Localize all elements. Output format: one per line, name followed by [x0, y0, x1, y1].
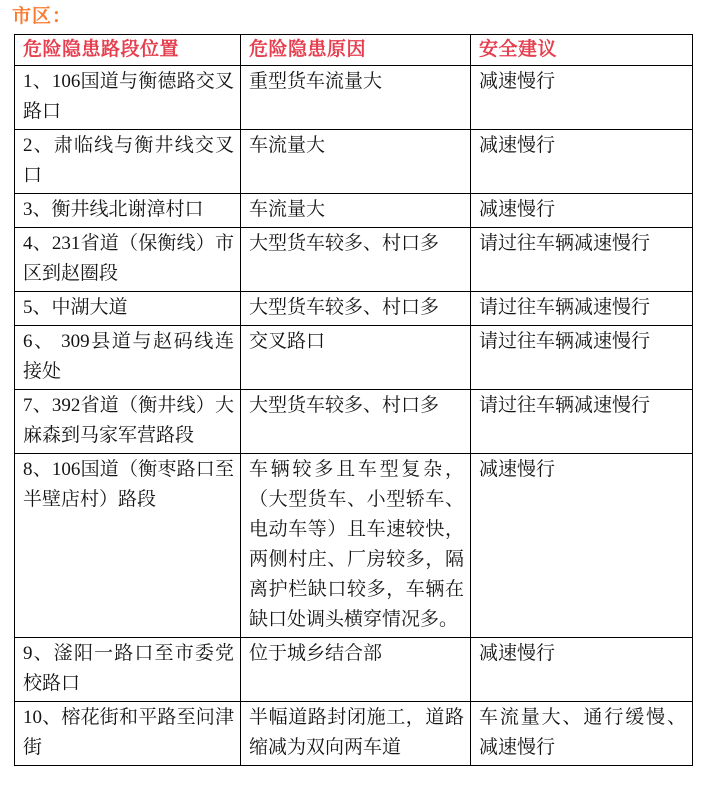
- table-row: 1、106国道与衡德路交叉路口 重型货车流量大 减速慢行: [15, 66, 693, 130]
- page: 市区： 危险隐患路段位置 危险隐患原因 安全建议 1、106国道与衡德路交叉路口…: [0, 0, 708, 802]
- table-row: 10、榕花街和平路至问津街 半幅道路封闭施工，道路缩减为双向两车道 车流量大、通…: [15, 702, 693, 766]
- cell-reason: 车流量大: [241, 194, 471, 228]
- table-row: 2、肃临线与衡井线交叉口 车流量大 减速慢行: [15, 130, 693, 194]
- cell-advice: 车流量大、通行缓慢、减速慢行: [471, 702, 693, 766]
- page-title: 市区：: [12, 6, 708, 28]
- column-header-advice: 安全建议: [471, 35, 693, 66]
- table-row: 4、231省道（保衡线）市区到赵圈段 大型货车较多、村口多 请过往车辆减速慢行: [15, 228, 693, 292]
- cell-location: 10、榕花街和平路至问津街: [15, 702, 241, 766]
- hazard-road-table: 危险隐患路段位置 危险隐患原因 安全建议 1、106国道与衡德路交叉路口 重型货…: [14, 34, 693, 766]
- table-row: 9、滏阳一路口至市委党校路口 位于城乡结合部 减速慢行: [15, 638, 693, 702]
- cell-advice: 减速慢行: [471, 638, 693, 702]
- cell-advice: 请过往车辆减速慢行: [471, 390, 693, 454]
- cell-location: 2、肃临线与衡井线交叉口: [15, 130, 241, 194]
- column-header-location: 危险隐患路段位置: [15, 35, 241, 66]
- cell-reason: 交叉路口: [241, 326, 471, 390]
- cell-reason: 半幅道路封闭施工，道路缩减为双向两车道: [241, 702, 471, 766]
- cell-advice: 减速慢行: [471, 194, 693, 228]
- cell-location: 7、392省道（衡井线）大麻森到马家军营路段: [15, 390, 241, 454]
- table-row: 3、衡井线北谢漳村口 车流量大 减速慢行: [15, 194, 693, 228]
- cell-location: 4、231省道（保衡线）市区到赵圈段: [15, 228, 241, 292]
- cell-reason: 重型货车流量大: [241, 66, 471, 130]
- cell-location: 5、中湖大道: [15, 292, 241, 326]
- cell-reason: 位于城乡结合部: [241, 638, 471, 702]
- header-row: 危险隐患路段位置 危险隐患原因 安全建议: [15, 35, 693, 66]
- table-row: 5、中湖大道 大型货车较多、村口多 请过往车辆减速慢行: [15, 292, 693, 326]
- cell-advice: 请过往车辆减速慢行: [471, 292, 693, 326]
- cell-reason: 大型货车较多、村口多: [241, 228, 471, 292]
- cell-reason: 大型货车较多、村口多: [241, 292, 471, 326]
- table-row: 7、392省道（衡井线）大麻森到马家军营路段 大型货车较多、村口多 请过往车辆减…: [15, 390, 693, 454]
- cell-location: 8、106国道（衡枣路口至半壁店村）路段: [15, 454, 241, 638]
- cell-location: 9、滏阳一路口至市委党校路口: [15, 638, 241, 702]
- cell-advice: 减速慢行: [471, 130, 693, 194]
- cell-location: 3、衡井线北谢漳村口: [15, 194, 241, 228]
- table-row: 6、 309县道与赵码线连接处 交叉路口 请过往车辆减速慢行: [15, 326, 693, 390]
- cell-advice: 请过往车辆减速慢行: [471, 228, 693, 292]
- cell-advice: 减速慢行: [471, 454, 693, 638]
- column-header-reason: 危险隐患原因: [241, 35, 471, 66]
- cell-reason: 车流量大: [241, 130, 471, 194]
- cell-reason: 车辆较多且车型复杂，（大型货车、小型轿车、电动车等）且车速较快，两侧村庄、厂房较…: [241, 454, 471, 638]
- cell-reason: 大型货车较多、村口多: [241, 390, 471, 454]
- table-row: 8、106国道（衡枣路口至半壁店村）路段 车辆较多且车型复杂，（大型货车、小型轿…: [15, 454, 693, 638]
- cell-location: 6、 309县道与赵码线连接处: [15, 326, 241, 390]
- cell-advice: 请过往车辆减速慢行: [471, 326, 693, 390]
- cell-advice: 减速慢行: [471, 66, 693, 130]
- cell-location: 1、106国道与衡德路交叉路口: [15, 66, 241, 130]
